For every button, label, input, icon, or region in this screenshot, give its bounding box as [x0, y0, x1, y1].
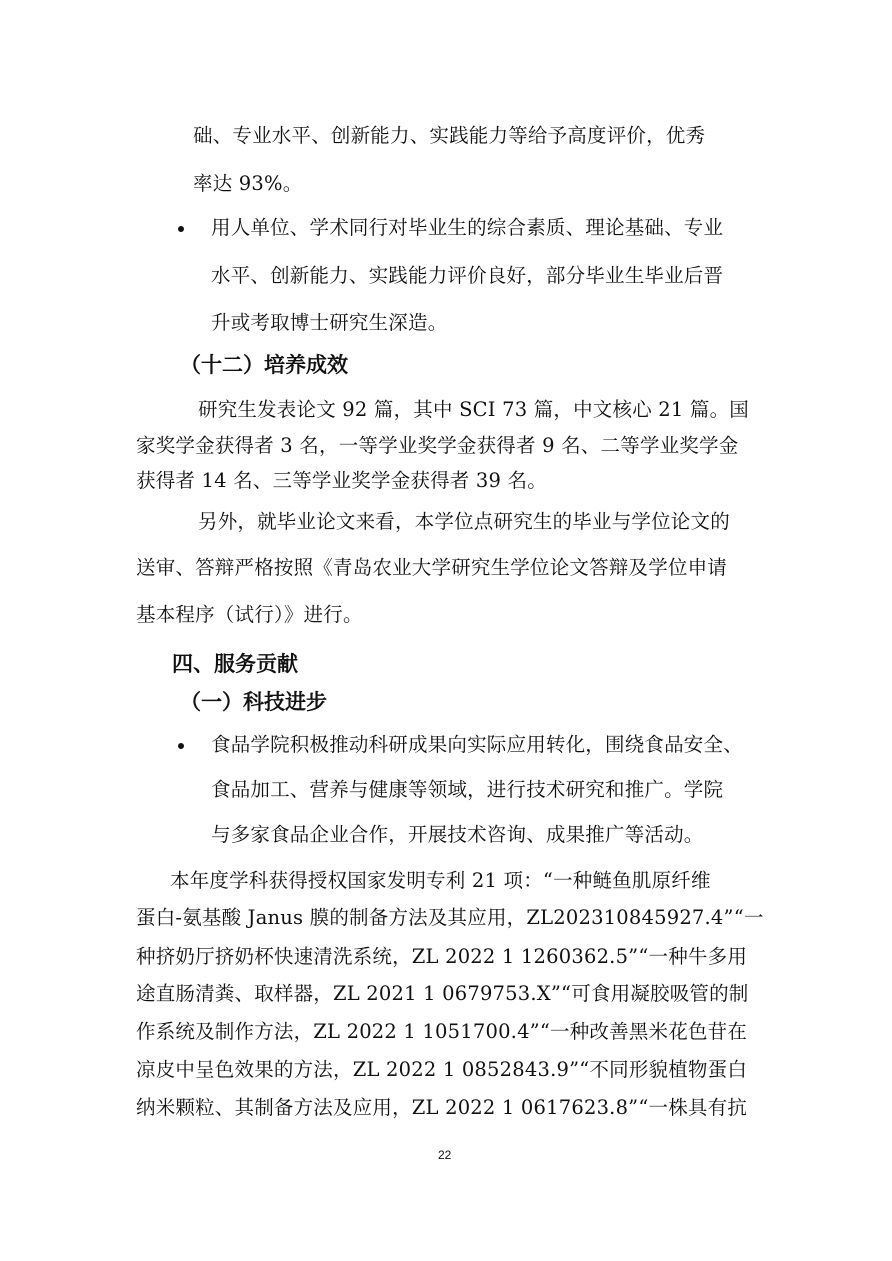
patents-line-5: 作系统及制作方法，ZL 2022 1 1051700.4”“一种改善黑米花色苷在: [136, 1020, 747, 1044]
patents-line-4: 途直肠清粪、取样器，ZL 2021 1 0679753.X”“可食用凝胶吸管的制: [136, 982, 749, 1006]
section-4-bullet-line-1: 食品学院积极推动科研成果向实际应用转化，围绕食品安全、: [211, 733, 743, 757]
section-12-para2-line-1: 另外，就毕业论文来看，本学位点研究生的毕业与学位论文的: [198, 510, 730, 534]
section-4-bullet-line-2: 食品加工、营养与健康等领域，进行技术研究和推广。学院: [211, 778, 723, 802]
section-4-1-heading: （一）科技进步: [180, 689, 327, 715]
section-12-para1-line-2: 家奖学金获得者 3 名，一等学业奖学金获得者 9 名、二等学业奖学金: [136, 434, 738, 458]
patents-line-2: 蛋白-氨基酸 Janus 膜的制备方法及其应用，ZL202310845927.4…: [136, 906, 764, 930]
patents-line-6: 凉皮中呈色效果的方法，ZL 2022 1 0852843.9”“不同形貌植物蛋白: [136, 1058, 747, 1082]
section-12-para2-line-3: 基本程序（试行）》进行。: [136, 603, 363, 627]
bullet-1-line-2: 率达 93%。: [193, 172, 302, 196]
page-number: 22: [438, 1148, 451, 1162]
patents-line-1: 本年度学科获得授权国家发明专利 21 项：“一种鲢鱼肌原纤维: [170, 869, 711, 893]
section-12-para2-line-2: 送审、答辩严格按照《青岛农业大学研究生学位论文答辩及学位申请: [136, 556, 727, 580]
bullet-1-line-1: 础、专业水平、创新能力、实践能力等给予高度评价，优秀: [193, 124, 705, 148]
section-4-bullet-line-3: 与多家食品企业合作，开展技术咨询、成果推广等活动。: [211, 823, 704, 847]
section-4-heading: 四、服务贡献: [172, 651, 298, 677]
patents-line-3: 种挤奶厅挤奶杯快速清洗系统，ZL 2022 1 1260362.5”“一种牛多用: [136, 945, 747, 969]
bullet-icon: [178, 743, 184, 749]
section-12-para1-line-1: 研究生发表论文 92 篇，其中 SCI 73 篇，中文核心 21 篇。国: [198, 398, 749, 422]
bullet-icon: [178, 226, 184, 232]
document-page: 础、专业水平、创新能力、实践能力等给予高度评价，优秀 率达 93%。 用人单位、…: [0, 0, 892, 1261]
bullet-2-line-3: 升或考取博士研究生深造。: [211, 311, 447, 335]
patents-line-7: 纳米颗粒、其制备方法及应用，ZL 2022 1 0617623.8”“一株具有抗: [136, 1096, 747, 1120]
bullet-2-line-2: 水平、创新能力、实践能力评价良好，部分毕业生毕业后晋: [211, 264, 723, 288]
bullet-2-line-1: 用人单位、学术同行对毕业生的综合素质、理论基础、专业: [211, 216, 723, 240]
section-12-para1-line-3: 获得者 14 名、三等学业奖学金获得者 39 名。: [136, 469, 547, 493]
section-12-heading: （十二）培养成效: [180, 352, 348, 378]
